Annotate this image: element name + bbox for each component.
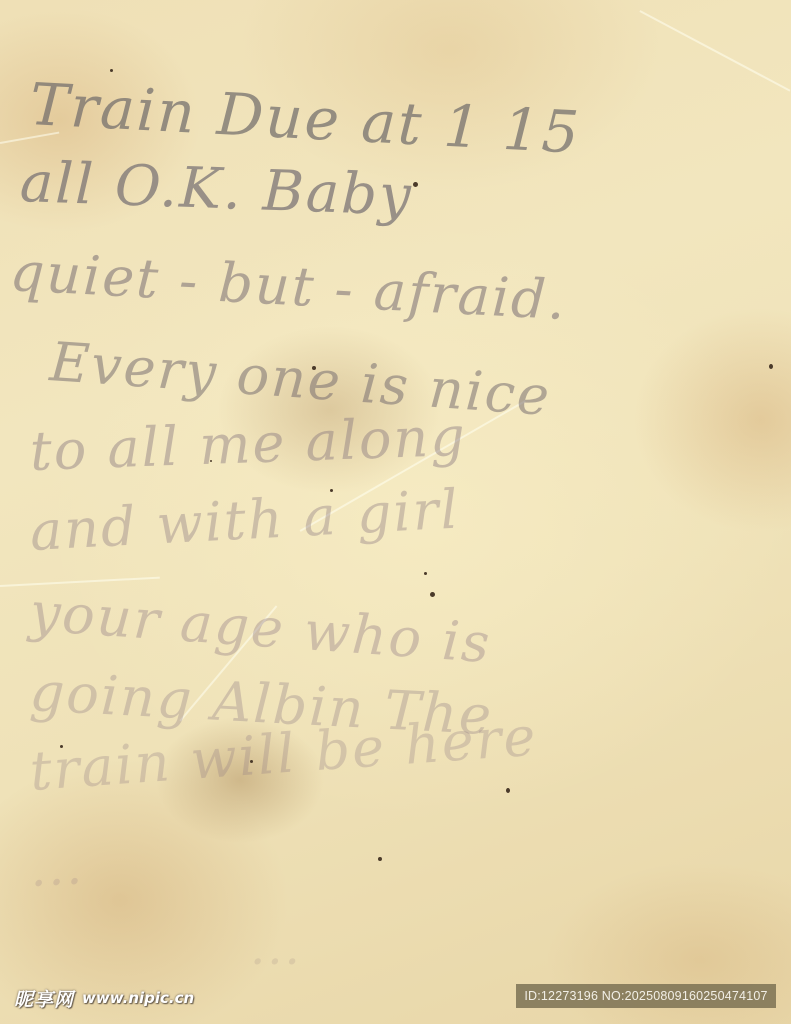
handwriting-line: and with a girl (28, 478, 461, 563)
speck (430, 592, 435, 597)
handwriting-line: ... (250, 920, 302, 976)
handwriting-line: ... (28, 837, 85, 898)
speck (506, 788, 510, 793)
speck (424, 572, 427, 575)
watermark-logo: 昵享网 (14, 985, 74, 1012)
image-id-text: ID:12273196 NO:20250809160250474107 (524, 989, 767, 1003)
watermark-url: www.nipic.cn (82, 989, 194, 1007)
image-id-bar: ID:12273196 NO:20250809160250474107 (516, 984, 776, 1008)
speck (378, 857, 382, 861)
speck (413, 182, 418, 187)
watermark: 昵享网 www.nipic.cn (14, 985, 194, 1011)
handwriting-line: all O.K. Baby (19, 150, 414, 229)
speck (769, 364, 773, 369)
aged-paper-photo: Train Due at 1 15 all O.K. Baby quiet - … (0, 0, 791, 1024)
paper-crease (640, 10, 791, 91)
speck (110, 69, 113, 72)
handwriting-line: your age who is (28, 580, 494, 675)
handwriting-line: quiet - but - afraid. (8, 240, 568, 332)
